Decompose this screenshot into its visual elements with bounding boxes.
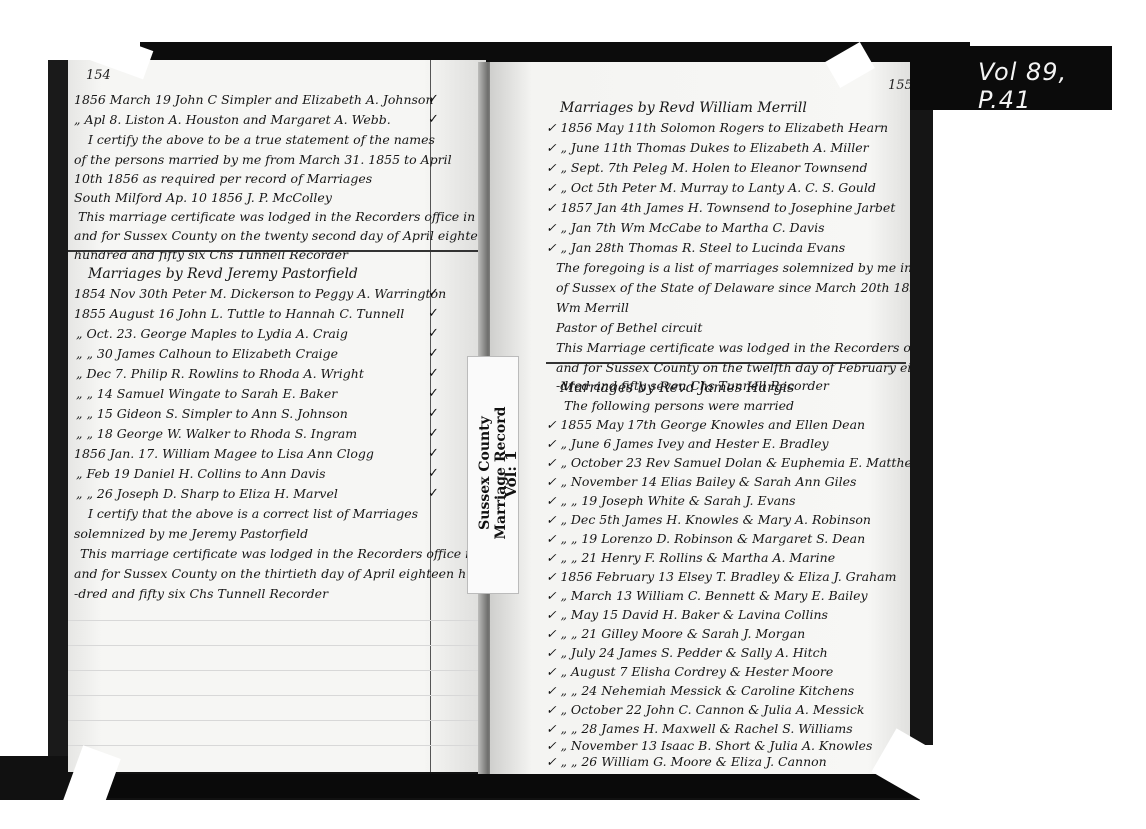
checkmark-icon: ✓ xyxy=(428,426,439,441)
checkmark-icon: ✓ xyxy=(428,406,439,421)
entry-line: ✓ „ May 15 David H. Baker & Lavina Colli… xyxy=(546,607,828,622)
entry-line: ✓ „ November 14 Elias Bailey & Sarah Ann… xyxy=(546,474,856,489)
page-number-left: 154 xyxy=(86,68,111,83)
entry-line: „ Apl 8. Liston A. Houston and Margaret … xyxy=(74,112,391,127)
entry-line: ✓ 1856 February 13 Elsey T. Bradley & El… xyxy=(546,569,896,584)
text-line: This marriage certificate was lodged in … xyxy=(78,209,475,224)
text-line: of the persons married by me from March … xyxy=(74,152,452,167)
entry-line: ✓ „ November 13 Isaac B. Short & Julia A… xyxy=(546,738,872,753)
entry-line: ✓ „ „ 26 William G. Moore & Eliza J. Can… xyxy=(546,754,827,769)
spine-tab-volume: Vol: 1 xyxy=(502,409,520,539)
checkmark-icon: ✓ xyxy=(428,306,439,321)
entry-line: ✓ „ August 7 Elisha Cordrey & Hester Moo… xyxy=(546,664,833,679)
text-line: I certify that the above is a correct li… xyxy=(88,506,418,521)
scan-frame-bottom-edge xyxy=(100,774,920,798)
text-line: solemnized by me Jeremy Pastorfield xyxy=(74,526,308,541)
right-page: 155 Marriages by Revd William Merrill ✓ … xyxy=(490,62,910,774)
section-divider xyxy=(68,250,486,252)
entry-line: ✓ „ July 24 James S. Pedder & Sally A. H… xyxy=(546,645,828,660)
section-subheading: The following persons were married xyxy=(564,398,794,413)
entry-line: 1856 Jan. 17. William Magee to Lisa Ann … xyxy=(74,446,374,461)
checkmark-icon: ✓ xyxy=(428,92,439,107)
section-heading: Marriages by Revd William Merrill xyxy=(560,100,807,116)
entry-line: ✓ „ Jan 7th Wm McCabe to Martha C. Davis xyxy=(546,220,825,235)
entry-line: ✓ „ „ 21 Gilley Moore & Sarah J. Morgan xyxy=(546,626,805,641)
entry-line: „ Feb 19 Daniel H. Collins to Ann Davis xyxy=(76,466,326,481)
text-line: This Marriage certificate was lodged in … xyxy=(556,340,910,355)
entry-line: ✓ „ „ 19 Joseph White & Sarah J. Evans xyxy=(546,493,796,508)
entry-line: ✓ „ „ 28 James H. Maxwell & Rachel S. Wi… xyxy=(546,721,853,736)
page-number-right: 155 xyxy=(888,78,910,93)
section-heading: Marriages by Revd James Hargis xyxy=(560,380,794,396)
text-line: South Milford Ap. 10 1856 J. P. McColley xyxy=(74,190,332,205)
entry-line: „ Dec 7. Philip R. Rowlins to Rhoda A. W… xyxy=(76,366,364,381)
text-line: This marriage certificate was lodged in … xyxy=(80,546,477,561)
section-heading: Marriages by Revd Jeremy Pastorfield xyxy=(88,266,358,282)
entry-line: ✓ „ June 6 James Ivey and Hester E. Brad… xyxy=(546,436,829,451)
entry-line: ✓ „ „ 19 Lorenzo D. Robinson & Margaret … xyxy=(546,531,865,546)
scan-frame-left xyxy=(48,60,70,760)
entry-line: ✓ 1857 Jan 4th James H. Townsend to Jose… xyxy=(546,200,895,215)
text-line: The foregoing is a list of marriages sol… xyxy=(556,260,910,275)
entry-line: „ „ 15 Gideon S. Simpler to Ann S. Johns… xyxy=(76,406,348,421)
entry-line: ✓ „ June 11th Thomas Dukes to Elizabeth … xyxy=(546,140,869,155)
entry-line: „ „ 14 Samuel Wingate to Sarah E. Baker xyxy=(76,386,337,401)
entry-line: 1855 August 16 John L. Tuttle to Hannah … xyxy=(74,306,404,321)
checkmark-icon: ✓ xyxy=(428,386,439,401)
entry-line: ✓ „ Jan 28th Thomas R. Steel to Lucinda … xyxy=(546,240,845,255)
entry-line: 1856 March 19 John C Simpler and Elizabe… xyxy=(74,92,434,107)
entry-line: „ „ 30 James Calhoun to Elizabeth Craige xyxy=(76,346,338,361)
text-line: and for Sussex County on the twenty seco… xyxy=(74,228,486,243)
checkmark-icon: ✓ xyxy=(428,112,439,127)
spine-tab: Sussex County Marriage Record Vol: 1 xyxy=(467,356,519,594)
ruled-line xyxy=(68,620,486,621)
entry-line: „ Oct. 23. George Maples to Lydia A. Cra… xyxy=(76,326,348,341)
entry-line: ✓ „ Sept. 7th Peleg M. Holen to Eleanor … xyxy=(546,160,868,175)
checkmark-icon: ✓ xyxy=(428,486,439,501)
text-line: and for Sussex County on the thirtieth d… xyxy=(74,566,486,581)
left-page: 154 1856 March 19 John C Simpler and Eli… xyxy=(68,60,486,772)
ruled-line xyxy=(68,695,486,696)
ruled-line xyxy=(68,745,486,746)
text-line: I certify the above to be a true stateme… xyxy=(88,132,435,147)
signature-line: Pastor of Bethel circuit xyxy=(556,320,702,335)
section-divider xyxy=(546,362,906,364)
entry-line: „ „ 26 Joseph D. Sharp to Eliza H. Marve… xyxy=(76,486,338,501)
checkmark-icon: ✓ xyxy=(428,326,439,341)
entry-line: ✓ „ „ 24 Nehemiah Messick & Caroline Kit… xyxy=(546,683,854,698)
checkmark-icon: ✓ xyxy=(428,346,439,361)
volume-label: Vol 89, P.41 xyxy=(880,46,1112,110)
volume-label-text: Vol 89, P.41 xyxy=(978,58,1112,114)
ruled-line xyxy=(68,670,486,671)
entry-line: ✓ 1856 May 11th Solomon Rogers to Elizab… xyxy=(546,120,888,135)
checkmark-icon: ✓ xyxy=(428,366,439,381)
entry-line: „ „ 18 George W. Walker to Rhoda S. Ingr… xyxy=(76,426,357,441)
entry-line: ✓ „ October 22 John C. Cannon & Julia A.… xyxy=(546,702,864,717)
entry-line: ✓ „ „ 21 Henry F. Rollins & Martha A. Ma… xyxy=(546,550,835,565)
ruled-line xyxy=(68,645,486,646)
checkmark-icon: ✓ xyxy=(428,446,439,461)
entry-line: ✓ 1855 May 17th George Knowles and Ellen… xyxy=(546,417,865,432)
entry-line: ✓ „ March 13 William C. Bennett & Mary E… xyxy=(546,588,868,603)
text-line: of Sussex of the State of Delaware since… xyxy=(556,280,910,295)
text-line: -dred and fifty six Chs Tunnell Recorder xyxy=(74,586,328,601)
checkmark-icon: ✓ xyxy=(428,466,439,481)
entry-line: 1854 Nov 30th Peter M. Dickerson to Pegg… xyxy=(74,286,446,301)
signature-line: Wm Merrill xyxy=(556,300,629,315)
entry-line: ✓ „ Dec 5th James H. Knowles & Mary A. R… xyxy=(546,512,871,527)
checkmark-icon: ✓ xyxy=(428,286,439,301)
entry-line: ✓ „ Oct 5th Peter M. Murray to Lanty A. … xyxy=(546,180,876,195)
entry-line: ✓ „ October 23 Rev Samuel Dolan & Euphem… xyxy=(546,455,910,470)
text-line: 10th 1856 as required per record of Marr… xyxy=(74,171,372,186)
ruled-line xyxy=(68,720,486,721)
